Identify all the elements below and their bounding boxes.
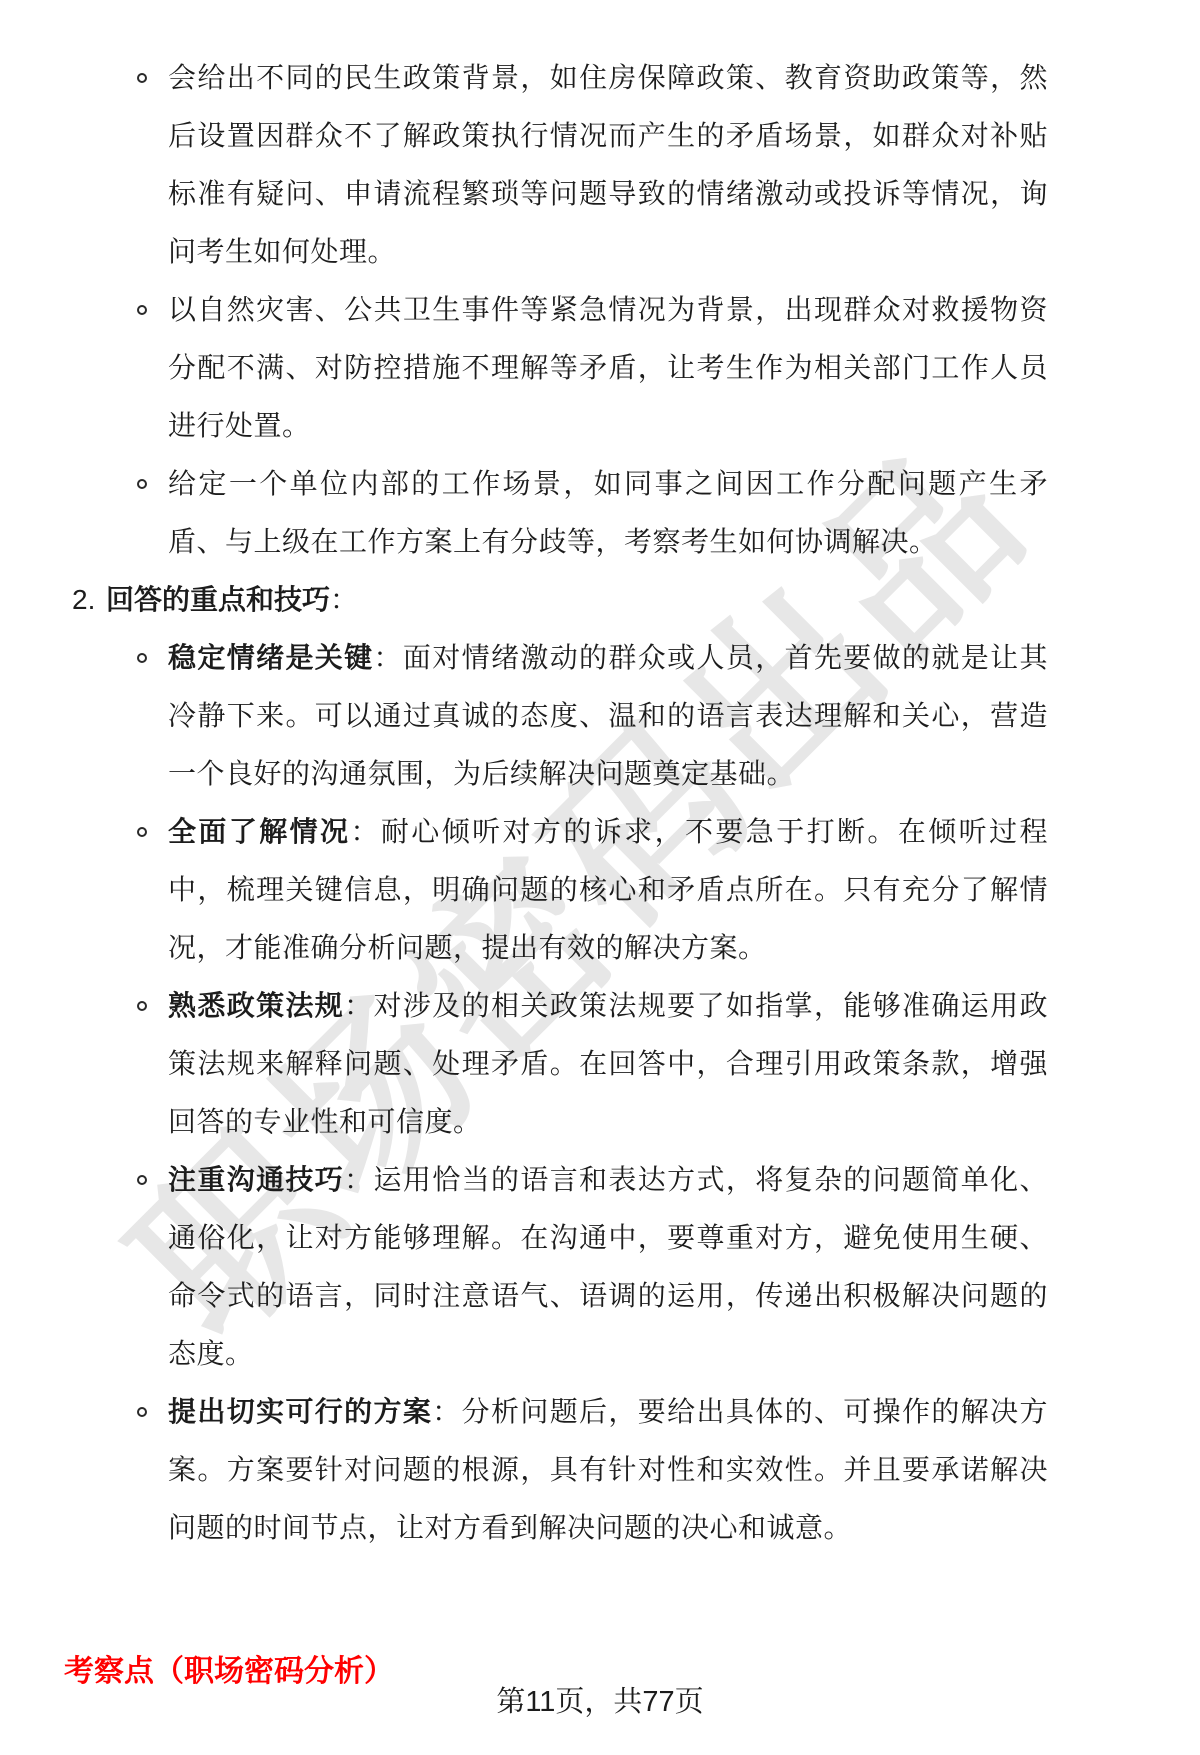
tip-label: 熟悉政策法规	[168, 990, 344, 1021]
bullet-item: 以自然灾害、公共卫生事件等紧急情况为背景，出现群众对救援物资分配不满、对防控措施…	[168, 281, 1048, 455]
bullet-text: 给定一个单位内部的工作场景，如同事之间因工作分配问题产生矛盾、与上级在工作方案上…	[168, 468, 1048, 557]
bullet-item: 熟悉政策法规：对涉及的相关政策法规要了如指掌，能够准确运用政策法规来解释问题、处…	[168, 977, 1048, 1151]
bullet-ring-icon	[137, 827, 147, 837]
list-number: 2.	[72, 571, 106, 629]
section-item-title: 回答的重点和技巧	[106, 584, 330, 615]
page-content: 会给出不同的民生政策背景，如住房保障政策、教育资助政策等，然后设置因群众不了解政…	[0, 0, 1200, 1691]
bullet-item: 稳定情绪是关键：面对情绪激动的群众或人员，首先要做的就是让其冷静下来。可以通过真…	[168, 629, 1048, 803]
bullet-text: 会给出不同的民生政策背景，如住房保障政策、教育资助政策等，然后设置因群众不了解政…	[168, 62, 1048, 267]
bullet-item: 会给出不同的民生政策背景，如住房保障政策、教育资助政策等，然后设置因群众不了解政…	[168, 49, 1048, 281]
bullet-ring-icon	[137, 305, 147, 315]
tip-label: 全面了解情况	[168, 816, 350, 847]
document-page: 职场密码出品 会给出不同的民生政策背景，如住房保障政策、教育资助政策等，然后设置…	[0, 0, 1200, 1755]
numbered-section-item: 2.回答的重点和技巧：	[72, 571, 1048, 629]
scenario-bullet-list: 会给出不同的民生政策背景，如住房保障政策、教育资助政策等，然后设置因群众不了解政…	[0, 49, 1200, 571]
bullet-ring-icon	[137, 653, 147, 663]
bullet-ring-icon	[137, 1407, 147, 1417]
tip-label: 注重沟通技巧	[168, 1164, 344, 1195]
tips-bullet-list: 稳定情绪是关键：面对情绪激动的群众或人员，首先要做的就是让其冷静下来。可以通过真…	[0, 629, 1200, 1557]
page-footer: 第11页，共77页	[0, 1684, 1200, 1720]
bullet-item: 全面了解情况：耐心倾听对方的诉求，不要急于打断。在倾听过程中，梳理关键信息，明确…	[168, 803, 1048, 977]
section-item-colon: ：	[330, 584, 358, 615]
tip-label: 稳定情绪是关键	[168, 642, 374, 673]
bullet-ring-icon	[137, 1175, 147, 1185]
bullet-ring-icon	[137, 73, 147, 83]
bullet-item: 给定一个单位内部的工作场景，如同事之间因工作分配问题产生矛盾、与上级在工作方案上…	[168, 455, 1048, 571]
bullet-item: 提出切实可行的方案：分析问题后，要给出具体的、可操作的解决方案。方案要针对问题的…	[168, 1383, 1048, 1557]
bullet-ring-icon	[137, 1001, 147, 1011]
bullet-text: 以自然灾害、公共卫生事件等紧急情况为背景，出现群众对救援物资分配不满、对防控措施…	[168, 294, 1048, 441]
bullet-ring-icon	[137, 479, 147, 489]
tip-label: 提出切实可行的方案	[168, 1396, 432, 1427]
bullet-item: 注重沟通技巧：运用恰当的语言和表达方式，将复杂的问题简单化、通俗化，让对方能够理…	[168, 1151, 1048, 1383]
